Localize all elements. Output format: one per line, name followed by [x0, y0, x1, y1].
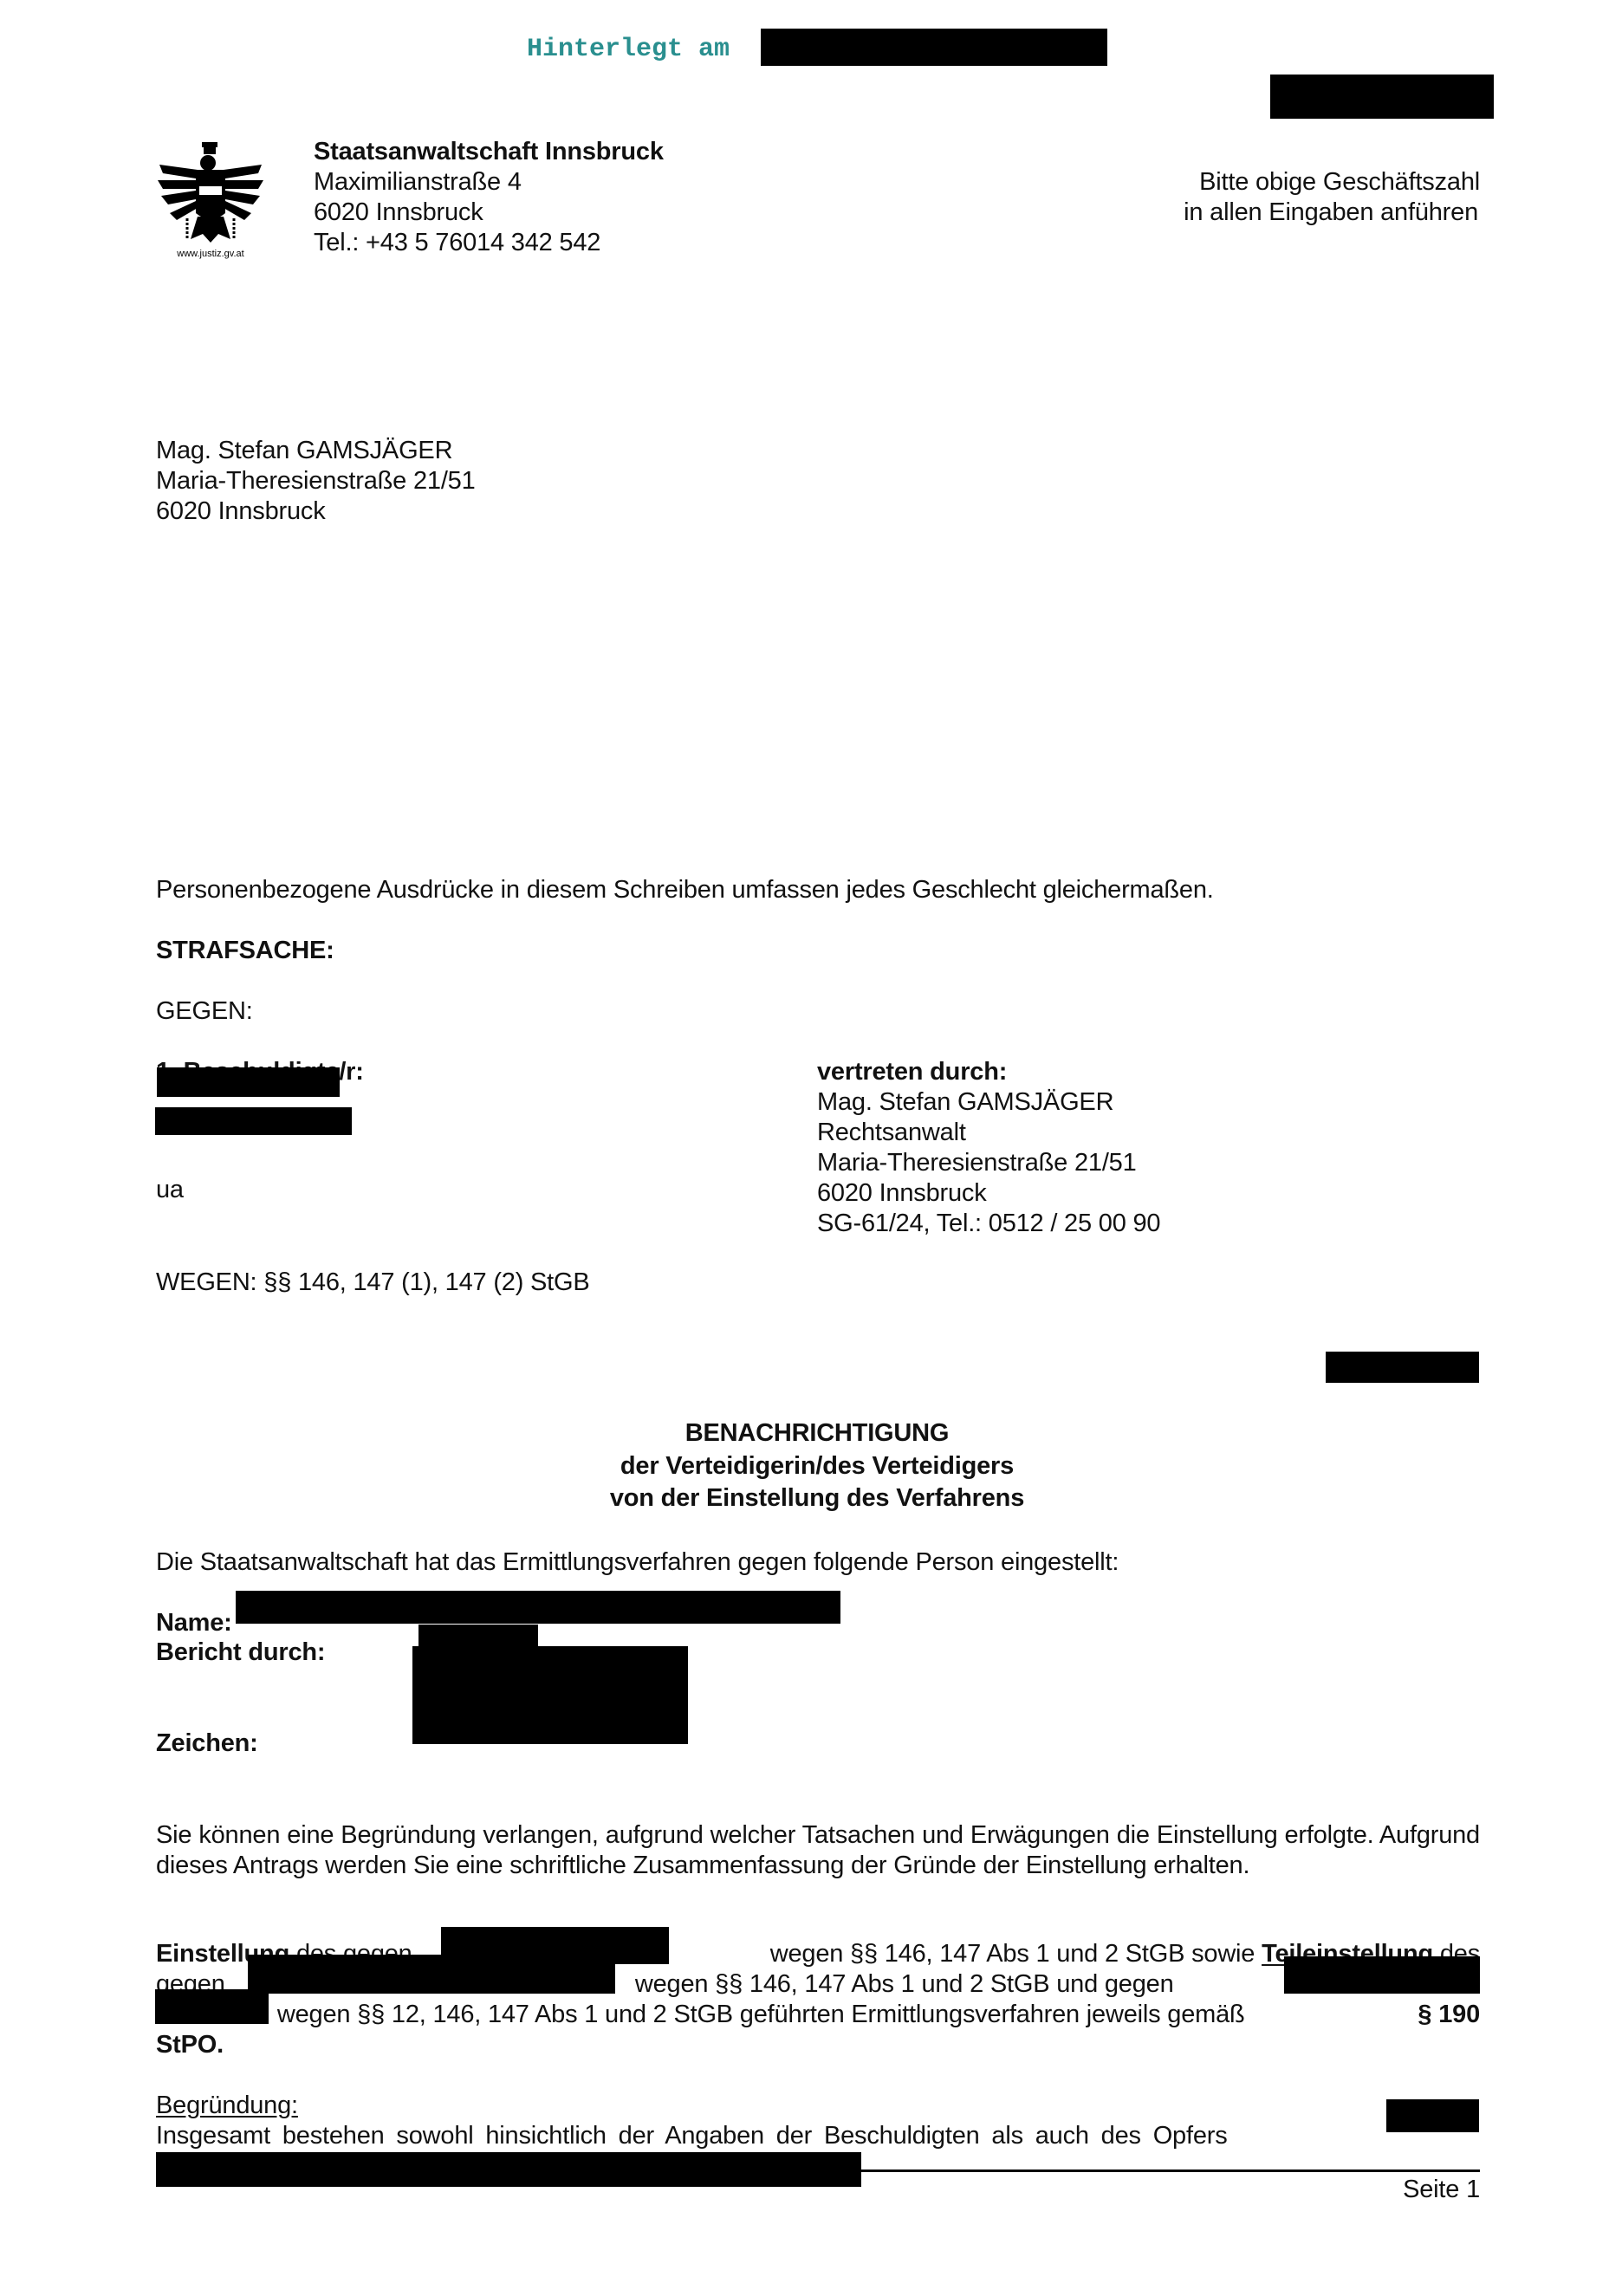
reason-text: Insgesamt bestehen sowohl hinsichtlich d…: [156, 2121, 1369, 2151]
decision-l3-bold: § 190: [1418, 2000, 1480, 2030]
gender-note: Personenbezogene Ausdrücke in diesem Sch…: [156, 875, 1214, 905]
redaction-decision-3: [1284, 1956, 1480, 1994]
sender-street: Maximilianstraße 4: [314, 167, 522, 198]
redaction-person-name: [236, 1591, 840, 1624]
lawyer-street: Maria-Theresienstraße 21/51: [817, 1148, 1137, 1178]
reference-note-line1: Bitte obige Geschäftszahl: [1199, 167, 1480, 198]
redaction-date: [1326, 1352, 1479, 1383]
info-paragraph-text: Sie können eine Begründung verlangen, au…: [156, 1821, 1480, 1879]
lawyer-name: Mag. Stefan GAMSJÄGER: [817, 1087, 1113, 1118]
notice-intro: Die Staatsanwaltschaft hat das Ermittlun…: [156, 1547, 1119, 1578]
svg-text:www.justiz.gv.at: www.justiz.gv.at: [176, 249, 243, 259]
redaction-decision-2: [248, 1955, 615, 1994]
sender-name: Staatsanwaltschaft Innsbruck: [314, 137, 664, 167]
redaction-accused-name: [157, 1067, 340, 1097]
redaction-case-number: [1270, 75, 1494, 119]
redaction-decision-4: [155, 1989, 269, 2024]
name-label: Name:: [156, 1608, 232, 1638]
notice-title: BENACHRICHTIGUNG: [0, 1418, 1622, 1449]
redaction-footer: [156, 2152, 861, 2187]
decision-l2-b: wegen §§ 146, 147 Abs 1 und 2 StGB und g…: [628, 1969, 1174, 2000]
decision-line-3: wegen §§ 12, 146, 147 Abs 1 und 2 StGB g…: [156, 2000, 1480, 2030]
recipient-name: Mag. Stefan GAMSJÄGER: [156, 436, 452, 466]
others-label: ua: [156, 1175, 184, 1205]
sender-city: 6020 Innsbruck: [314, 198, 483, 228]
redaction-victim: [1386, 2099, 1479, 2132]
page-number: Seite 1: [1403, 2175, 1480, 2205]
represented-label: vertreten durch:: [817, 1057, 1007, 1087]
report-label: Bericht durch:: [156, 1638, 325, 1668]
notice-subtitle-1: der Verteidigerin/des Verteidigers: [0, 1451, 1622, 1482]
info-paragraph: Sie können eine Begründung verlangen, au…: [156, 1820, 1480, 1881]
lawyer-city: 6020 Innsbruck: [817, 1178, 987, 1209]
redaction-filing-date: [761, 29, 1107, 66]
lawyer-contact: SG-61/24, Tel.: 0512 / 25 00 90: [817, 1209, 1160, 1239]
decision-l3-a: wegen §§ 12, 146, 147 Abs 1 und 2 StGB g…: [270, 2000, 1418, 2030]
austrian-eagle-icon: www.justiz.gv.at: [154, 139, 267, 260]
redaction-report-by-b: [412, 1646, 688, 1744]
recipient-street: Maria-Theresienstraße 21/51: [156, 466, 476, 496]
recipient-city: 6020 Innsbruck: [156, 496, 326, 527]
against-label: GEGEN:: [156, 996, 253, 1027]
lawyer-title: Rechtsanwalt: [817, 1118, 966, 1148]
case-heading: STRAFSACHE:: [156, 936, 334, 966]
decision-l1-b: wegen §§ 146, 147 Abs 1 und 2 StGB sowie: [763, 1940, 1262, 1968]
charges: WEGEN: §§ 146, 147 (1), 147 (2) StGB: [156, 1268, 590, 1298]
reason-label-text: Begründung:: [156, 2092, 298, 2119]
redaction-accused-details: [155, 1107, 352, 1135]
decision-line-4: StPO.: [156, 2030, 224, 2060]
sign-label: Zeichen:: [156, 1728, 258, 1759]
notice-subtitle-2: von der Einstellung des Verfahrens: [0, 1483, 1622, 1514]
filing-stamp: Hinterlegt am: [527, 35, 730, 64]
sender-phone: Tel.: +43 5 76014 342 542: [314, 228, 600, 258]
reason-label: Begründung:: [156, 2091, 298, 2121]
reference-note-line2: in allen Eingaben anführen: [1184, 198, 1478, 228]
